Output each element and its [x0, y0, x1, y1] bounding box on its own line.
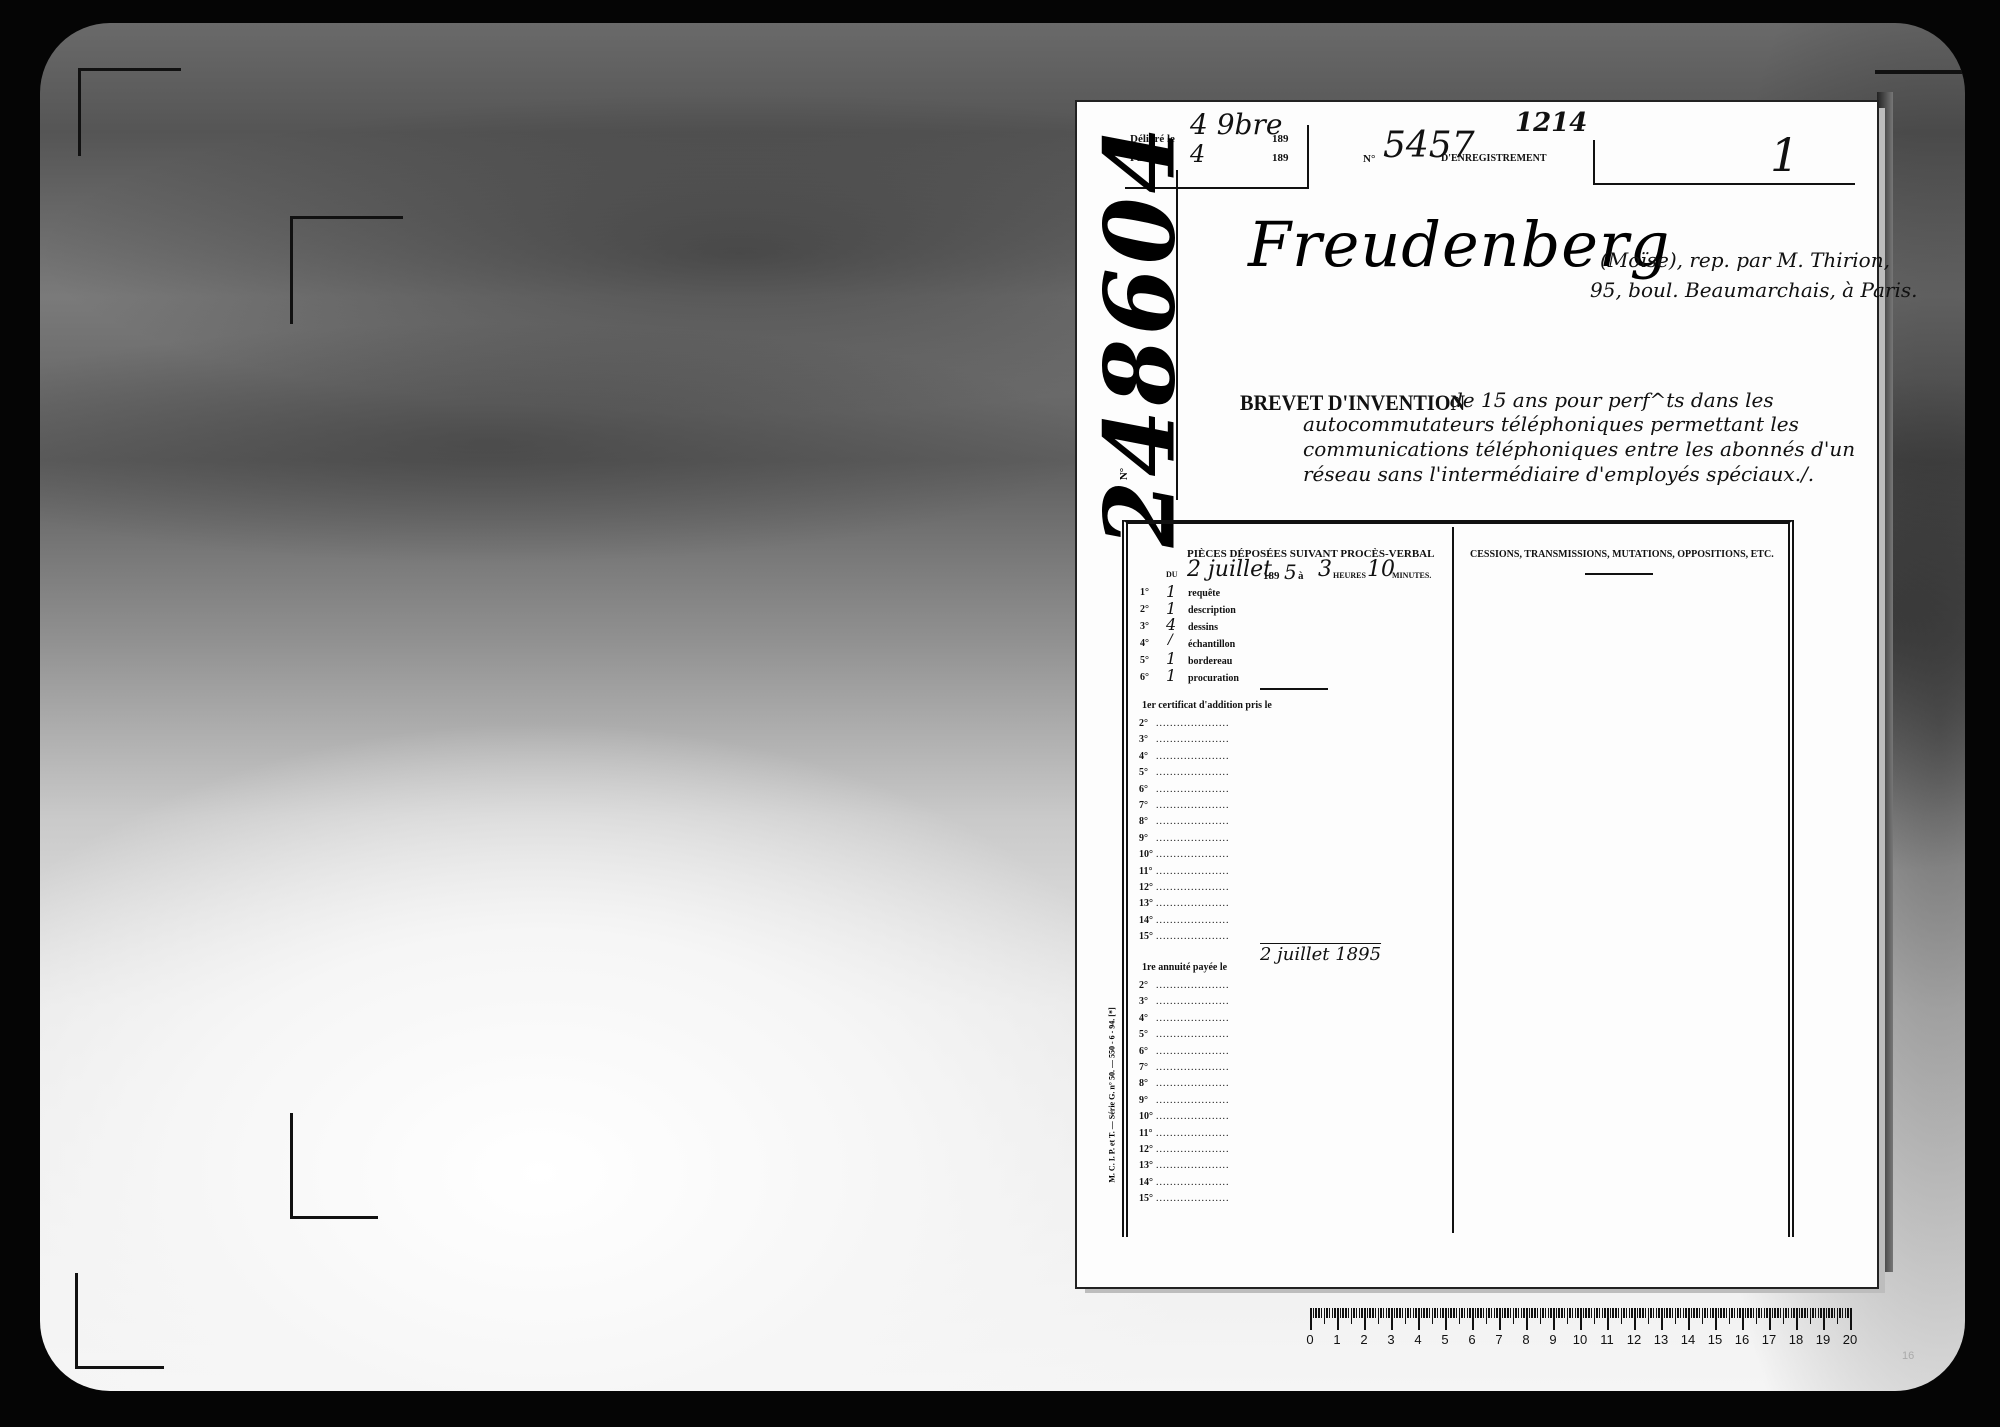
- form-row-dotted-blank: .....................: [1156, 784, 1230, 795]
- ruler-tick: [1550, 1308, 1552, 1318]
- printer-imprint: M. C. I. P. et T. — Série G. n° 50. — 55…: [1108, 1007, 1117, 1182]
- ruler-tick: [1801, 1308, 1803, 1318]
- ruler-tick: [1612, 1308, 1614, 1318]
- form-row-number: 13°: [1139, 1160, 1153, 1171]
- form-row-number: 13°: [1139, 898, 1153, 909]
- form-row-number: 9°: [1139, 833, 1148, 844]
- form-row-number: 14°: [1139, 915, 1153, 926]
- ruler-tick: [1575, 1308, 1577, 1318]
- form-separator-left: [1260, 688, 1328, 690]
- ruler-tick: [1410, 1308, 1412, 1318]
- ruler-tick: [1591, 1308, 1593, 1318]
- ruler-label: 0: [1306, 1332, 1313, 1347]
- ruler-tick: [1405, 1308, 1407, 1324]
- ruler-tick: [1367, 1308, 1369, 1318]
- pieces-hour-label: HEURES: [1333, 571, 1366, 580]
- ruler-tick: [1329, 1308, 1331, 1318]
- ruler-tick: [1615, 1308, 1617, 1318]
- form-row-dotted-blank: .....................: [1156, 1144, 1230, 1155]
- ruler-tick: [1777, 1308, 1779, 1318]
- ruler-tick: [1834, 1308, 1836, 1318]
- piece-label: requête: [1188, 588, 1220, 599]
- ruler-tick: [1432, 1308, 1434, 1324]
- ruler-tick: [1845, 1308, 1847, 1318]
- form-row-number: 9°: [1139, 1095, 1148, 1106]
- crop-mark-bottom-left-outer: [75, 1273, 164, 1369]
- ruler-tick: [1702, 1308, 1704, 1324]
- pieces-minute: 10: [1367, 557, 1395, 582]
- ruler-tick: [1839, 1308, 1841, 1318]
- ruler-tick: [1548, 1308, 1550, 1318]
- pieces-du-label: DU: [1166, 570, 1178, 579]
- ruler-label: 7: [1495, 1332, 1502, 1347]
- ruler-tick: [1783, 1308, 1785, 1324]
- form-row-number: 5°: [1139, 1029, 1148, 1040]
- piece-label: échantillon: [1188, 639, 1235, 650]
- form-row-dotted-blank: .....................: [1156, 1111, 1230, 1122]
- ruler-tick: [1351, 1308, 1353, 1324]
- ruler-tick: [1707, 1308, 1709, 1318]
- ruler-tick: [1758, 1308, 1760, 1318]
- ruler-label: 20: [1843, 1332, 1857, 1347]
- piece-count: 1: [1166, 666, 1176, 685]
- form-row-dotted-blank: .....................: [1156, 1177, 1230, 1188]
- form-row-dotted-blank: .....................: [1156, 734, 1230, 745]
- ruler-tick: [1434, 1308, 1436, 1318]
- ruler-label: 5: [1441, 1332, 1448, 1347]
- ruler-tick: [1437, 1308, 1439, 1318]
- ruler-tick: [1774, 1308, 1776, 1318]
- piece-num: 3°: [1140, 621, 1149, 632]
- form-row-dotted-blank: .....................: [1156, 1095, 1230, 1106]
- pieces-minute-label: MINUTES.: [1392, 571, 1431, 580]
- ruler-tick: [1507, 1308, 1509, 1318]
- ruler-tick: [1488, 1308, 1490, 1318]
- form-row-dotted-blank: .....................: [1156, 980, 1230, 991]
- ruler-tick: [1467, 1308, 1469, 1318]
- ruler-tick: [1726, 1308, 1728, 1318]
- piece-label: procuration: [1188, 673, 1239, 684]
- ruler-tick: [1699, 1308, 1701, 1318]
- form-row-number: 5°: [1139, 767, 1148, 778]
- form-row-number: 2°: [1139, 718, 1148, 729]
- patent-number: 248604: [1084, 123, 1197, 548]
- form-row-dotted-blank: .....................: [1156, 1193, 1230, 1204]
- form-row-dotted-blank: .....................: [1156, 816, 1230, 827]
- ruler-label: 10: [1573, 1332, 1587, 1347]
- ruler-label: 17: [1762, 1332, 1776, 1347]
- ruler-tick: [1696, 1308, 1698, 1318]
- ruler-tick: [1826, 1308, 1828, 1318]
- form-row-dotted-blank: .....................: [1156, 833, 1230, 844]
- ruler-tick: [1704, 1308, 1706, 1318]
- form-row-dotted-blank: .....................: [1156, 915, 1230, 926]
- ruler-tick: [1364, 1308, 1366, 1330]
- ruler-tick: [1621, 1308, 1623, 1324]
- registration-no-prefix: N°: [1363, 153, 1375, 165]
- piece-num: 4°: [1140, 638, 1149, 649]
- ruler-tick: [1766, 1308, 1768, 1318]
- ruler-label: 12: [1627, 1332, 1641, 1347]
- ruler-tick: [1677, 1308, 1679, 1318]
- corner-mark: 1: [1770, 128, 1799, 182]
- ruler-tick: [1710, 1308, 1712, 1318]
- ruler-tick: [1742, 1308, 1744, 1330]
- ruler-tick: [1450, 1308, 1452, 1318]
- top-annotation: 1214: [1515, 108, 1587, 138]
- ruler-tick: [1804, 1308, 1806, 1318]
- form-row-dotted-blank: .....................: [1156, 1062, 1230, 1073]
- ruler-tick: [1648, 1308, 1650, 1324]
- ruler-tick: [1421, 1308, 1423, 1318]
- form-row-number: 6°: [1139, 784, 1148, 795]
- ruler-label: 4: [1414, 1332, 1421, 1347]
- ruler-tick: [1564, 1308, 1566, 1318]
- piece-num: 1°: [1140, 587, 1149, 598]
- ruler-tick: [1661, 1308, 1663, 1330]
- ruler-tick: [1445, 1308, 1447, 1330]
- ruler-tick: [1791, 1308, 1793, 1318]
- form-row-number: 2°: [1139, 980, 1148, 991]
- piece-label: bordereau: [1188, 656, 1232, 667]
- ruler-tick: [1361, 1308, 1363, 1318]
- piece-label: dessins: [1188, 622, 1218, 633]
- crop-mark-bottom-left-inner: [290, 1113, 378, 1219]
- ruler-tick: [1764, 1308, 1766, 1318]
- ruler-tick: [1464, 1308, 1466, 1318]
- ruler-tick: [1688, 1308, 1690, 1330]
- ruler-tick: [1720, 1308, 1722, 1318]
- form-row-dotted-blank: .....................: [1156, 1160, 1230, 1171]
- form-row-dotted-blank: .....................: [1156, 849, 1230, 860]
- ruler-tick: [1396, 1308, 1398, 1318]
- ruler-label: 15: [1708, 1332, 1722, 1347]
- ruler-label: 3: [1387, 1332, 1394, 1347]
- ruler-tick: [1399, 1308, 1401, 1318]
- ruler-tick: [1731, 1308, 1733, 1318]
- ruler-tick: [1477, 1308, 1479, 1318]
- form-row-number: 6°: [1139, 1046, 1148, 1057]
- ruler-tick: [1761, 1308, 1763, 1318]
- ruler-tick: [1715, 1308, 1717, 1330]
- form-row-dotted-blank: .....................: [1156, 718, 1230, 729]
- ruler-tick: [1820, 1308, 1822, 1318]
- ruler-tick: [1588, 1308, 1590, 1318]
- form-row-number: 14°: [1139, 1177, 1153, 1188]
- ruler-tick: [1585, 1308, 1587, 1318]
- ruler-tick: [1542, 1308, 1544, 1318]
- ruler-tick: [1712, 1308, 1714, 1318]
- registration-box: [1593, 140, 1855, 185]
- ruler-label: 18: [1789, 1332, 1803, 1347]
- ruler-tick: [1610, 1308, 1612, 1318]
- ruler-tick: [1402, 1308, 1404, 1318]
- form-row-number: 8°: [1139, 816, 1148, 827]
- pieces-hour: 3: [1318, 557, 1332, 582]
- ruler-tick: [1496, 1308, 1498, 1318]
- ruler-tick: [1348, 1308, 1350, 1318]
- ruler-tick: [1785, 1308, 1787, 1318]
- ruler-tick: [1723, 1308, 1725, 1318]
- ruler-tick: [1580, 1308, 1582, 1330]
- ruler-tick: [1594, 1308, 1596, 1324]
- ruler-tick: [1342, 1308, 1344, 1318]
- ruler-tick: [1823, 1308, 1825, 1330]
- crop-mark-top-left-outer: [78, 68, 181, 156]
- ruler-tick: [1324, 1308, 1326, 1324]
- ruler-tick: [1675, 1308, 1677, 1324]
- ruler-tick: [1326, 1308, 1328, 1318]
- ruler-tick: [1386, 1308, 1388, 1318]
- ruler-tick: [1666, 1308, 1668, 1318]
- ruler-tick: [1623, 1308, 1625, 1318]
- form-row-number: 11°: [1139, 1128, 1152, 1139]
- certificate-first-label: 1er certificat d'addition pris le: [1142, 700, 1272, 711]
- ruler-tick: [1747, 1308, 1749, 1318]
- piece-num: 2°: [1140, 604, 1149, 615]
- ruler-tick: [1745, 1308, 1747, 1318]
- form-row-number: 3°: [1139, 734, 1148, 745]
- ruler-label: 8: [1522, 1332, 1529, 1347]
- form-row-dotted-blank: .....................: [1156, 931, 1230, 942]
- form-row-dotted-blank: .....................: [1156, 1013, 1230, 1024]
- form-row-number: 10°: [1139, 849, 1153, 860]
- ruler-tick: [1753, 1308, 1755, 1318]
- ruler-tick: [1607, 1308, 1609, 1330]
- form-row-dotted-blank: .....................: [1156, 800, 1230, 811]
- ruler-tick: [1310, 1308, 1312, 1330]
- ruler-tick: [1423, 1308, 1425, 1318]
- ruler-tick: [1407, 1308, 1409, 1318]
- ruler-tick: [1502, 1308, 1504, 1318]
- ruler-tick: [1540, 1308, 1542, 1324]
- ruler-tick: [1656, 1308, 1658, 1318]
- form-row-number: 7°: [1139, 800, 1148, 811]
- ruler-tick: [1494, 1308, 1496, 1318]
- ruler-tick: [1504, 1308, 1506, 1318]
- pieces-a-label: à: [1298, 570, 1304, 582]
- ruler-tick: [1499, 1308, 1501, 1330]
- ruler-tick: [1637, 1308, 1639, 1318]
- form-row-number: 3°: [1139, 996, 1148, 1007]
- ruler-tick: [1799, 1308, 1801, 1318]
- piece-label: description: [1188, 605, 1236, 616]
- form-row-dotted-blank: .....................: [1156, 882, 1230, 893]
- ruler-tick: [1737, 1308, 1739, 1318]
- ruler-tick: [1515, 1308, 1517, 1318]
- sent-year: 189: [1272, 152, 1289, 164]
- ruler-tick: [1788, 1308, 1790, 1318]
- ruler-tick: [1429, 1308, 1431, 1318]
- ruler-tick: [1602, 1308, 1604, 1318]
- form-row-number: 12°: [1139, 882, 1153, 893]
- piece-num: 6°: [1140, 672, 1149, 683]
- ruler-tick: [1518, 1308, 1520, 1318]
- ruler-tick: [1359, 1308, 1361, 1318]
- ruler-tick: [1796, 1308, 1798, 1330]
- ruler-tick: [1480, 1308, 1482, 1318]
- ruler-tick: [1523, 1308, 1525, 1318]
- ruler-label: 2: [1360, 1332, 1367, 1347]
- ruler-tick: [1483, 1308, 1485, 1318]
- ruler-tick: [1577, 1308, 1579, 1318]
- ruler-tick: [1513, 1308, 1515, 1324]
- registration-label: D'ENREGISTREMENT: [1441, 153, 1547, 164]
- ruler-tick: [1448, 1308, 1450, 1318]
- pieces-year-printed: 189: [1263, 570, 1280, 582]
- brevet-line-3: communications téléphoniques entre les a…: [1303, 437, 1855, 461]
- form-row-number: 7°: [1139, 1062, 1148, 1073]
- ruler-tick: [1521, 1308, 1523, 1318]
- ruler-tick: [1353, 1308, 1355, 1318]
- ruler-label: 11: [1600, 1332, 1614, 1347]
- plate-number: 16: [1902, 1350, 1914, 1362]
- ruler-tick: [1383, 1308, 1385, 1318]
- ruler-tick: [1567, 1308, 1569, 1324]
- ruler-label: 1: [1333, 1332, 1340, 1347]
- annuity-first-value: 2 juillet 1895: [1260, 944, 1381, 965]
- ruler-tick: [1426, 1308, 1428, 1318]
- ruler-tick: [1391, 1308, 1393, 1330]
- form-column-divider: [1452, 527, 1454, 1233]
- ruler-tick: [1534, 1308, 1536, 1318]
- ruler-tick: [1510, 1308, 1512, 1318]
- ruler-tick: [1456, 1308, 1458, 1318]
- ruler-tick: [1739, 1308, 1741, 1318]
- brevet-line-4: réseau sans l'intermédiaire d'employés s…: [1303, 462, 1814, 486]
- ruler-tick: [1734, 1308, 1736, 1318]
- form-row-number: 12°: [1139, 1144, 1153, 1155]
- ruler-tick: [1340, 1308, 1342, 1318]
- ruler-tick: [1672, 1308, 1674, 1318]
- ruler-tick: [1415, 1308, 1417, 1318]
- ruler-tick: [1683, 1308, 1685, 1318]
- ruler-tick: [1315, 1308, 1317, 1318]
- form-row-number: 4°: [1139, 1013, 1148, 1024]
- brevet-line-1: de 15 ans pour perf^ts dans les: [1450, 388, 1774, 412]
- ruler-tick: [1718, 1308, 1720, 1318]
- ruler-label: 19: [1816, 1332, 1830, 1347]
- ruler-tick: [1653, 1308, 1655, 1318]
- form-row-dotted-blank: .....................: [1156, 1128, 1230, 1139]
- delivered-value: 4 9bre: [1190, 108, 1282, 141]
- ruler-tick: [1618, 1308, 1620, 1318]
- ruler-tick: [1461, 1308, 1463, 1318]
- form-row-number: 15°: [1139, 1193, 1153, 1204]
- ruler-tick: [1313, 1308, 1315, 1318]
- annuity-first-label: 1re annuité payée le: [1142, 962, 1227, 973]
- ruler-tick: [1812, 1308, 1814, 1318]
- crop-mark-top-left-inner: [290, 216, 403, 324]
- ruler-tick: [1380, 1308, 1382, 1318]
- ruler-label: 6: [1468, 1332, 1475, 1347]
- ruler-tick: [1529, 1308, 1531, 1318]
- ruler-tick: [1629, 1308, 1631, 1318]
- ruler-tick: [1780, 1308, 1782, 1318]
- form-separator-right: [1585, 573, 1653, 575]
- applicant-detail-1: (Moïse), rep. par M. Thirion,: [1600, 248, 1890, 272]
- ruler-tick: [1693, 1308, 1695, 1318]
- form-row-dotted-blank: .....................: [1156, 1029, 1230, 1040]
- ruler-tick: [1337, 1308, 1339, 1330]
- ruler-tick: [1837, 1308, 1839, 1324]
- ruler-tick: [1750, 1308, 1752, 1318]
- form-row-number: 8°: [1139, 1078, 1148, 1089]
- ruler-tick: [1469, 1308, 1471, 1318]
- delivered-year: 189: [1272, 133, 1289, 145]
- ruler-tick: [1685, 1308, 1687, 1318]
- ruler-tick: [1418, 1308, 1420, 1330]
- form-row-dotted-blank: .....................: [1156, 898, 1230, 909]
- ruler-tick: [1413, 1308, 1415, 1318]
- ruler-tick: [1604, 1308, 1606, 1318]
- ruler-tick: [1453, 1308, 1455, 1318]
- ruler-tick: [1658, 1308, 1660, 1318]
- form-row-number: 15°: [1139, 931, 1153, 942]
- ruler-tick: [1475, 1308, 1477, 1318]
- ruler-tick: [1596, 1308, 1598, 1318]
- patent-number-prefix: N°: [1118, 468, 1130, 480]
- ruler-tick: [1645, 1308, 1647, 1318]
- ruler-tick: [1553, 1308, 1555, 1330]
- ruler-tick: [1558, 1308, 1560, 1318]
- form-row-dotted-blank: .....................: [1156, 767, 1230, 778]
- applicant-detail-2: 95, boul. Beaumarchais, à Paris.: [1590, 278, 1918, 302]
- ruler-tick: [1491, 1308, 1493, 1318]
- ruler-tick: [1850, 1308, 1852, 1330]
- ruler-tick: [1486, 1308, 1488, 1324]
- ruler-tick: [1318, 1308, 1320, 1318]
- ruler-tick: [1334, 1308, 1336, 1318]
- ruler-label: 13: [1654, 1332, 1668, 1347]
- ruler-tick: [1828, 1308, 1830, 1318]
- form-row-number: 11°: [1139, 866, 1152, 877]
- ruler-tick: [1572, 1308, 1574, 1318]
- piece-num: 5°: [1140, 655, 1149, 666]
- ruler-tick: [1691, 1308, 1693, 1318]
- pieces-year-hand: 5: [1284, 560, 1297, 584]
- ruler-tick: [1810, 1308, 1812, 1324]
- ruler-tick: [1526, 1308, 1528, 1330]
- ruler-tick: [1842, 1308, 1844, 1318]
- piece-count: /: [1168, 632, 1173, 648]
- ruler-tick: [1772, 1308, 1774, 1318]
- ruler-tick: [1818, 1308, 1820, 1318]
- ruler-tick: [1664, 1308, 1666, 1318]
- ruler-tick: [1847, 1308, 1849, 1318]
- form-row-dotted-blank: .....................: [1156, 751, 1230, 762]
- ruler-tick: [1631, 1308, 1633, 1318]
- ruler-tick: [1831, 1308, 1833, 1318]
- ruler-tick: [1369, 1308, 1371, 1318]
- ruler-tick: [1531, 1308, 1533, 1318]
- ruler-tick: [1378, 1308, 1380, 1324]
- ruler-tick: [1756, 1308, 1758, 1324]
- ruler-tick: [1642, 1308, 1644, 1318]
- ruler-tick: [1729, 1308, 1731, 1324]
- ruler-tick: [1639, 1308, 1641, 1318]
- ruler-tick: [1545, 1308, 1547, 1318]
- pieces-date: 2 juillet: [1187, 557, 1272, 582]
- form-row-dotted-blank: .....................: [1156, 996, 1230, 1007]
- form-row-number: 10°: [1139, 1111, 1153, 1122]
- ruler-tick: [1394, 1308, 1396, 1318]
- ruler-tick: [1372, 1308, 1374, 1318]
- ruler-tick: [1793, 1308, 1795, 1318]
- ruler-tick: [1332, 1308, 1334, 1318]
- ruler-tick: [1669, 1308, 1671, 1318]
- form-row-dotted-blank: .....................: [1156, 1046, 1230, 1057]
